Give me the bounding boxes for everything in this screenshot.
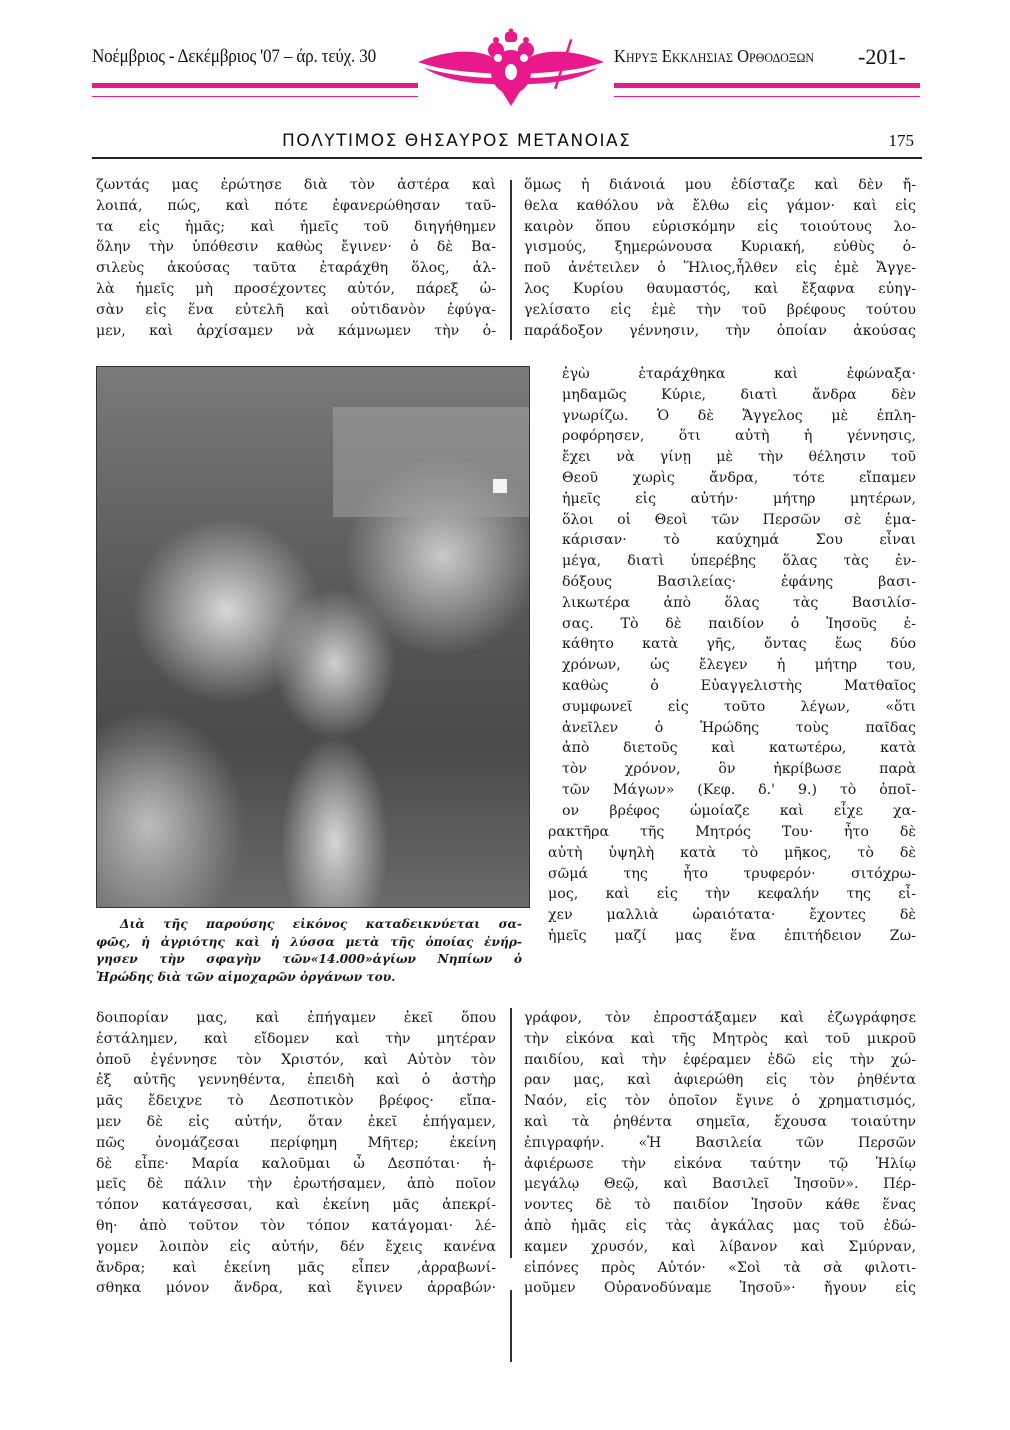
text-line: ἄνδρα; καὶ ἐκείνη μᾶς εἶπεν ,ἀρραβωνί-: [96, 1258, 496, 1279]
text-line: ἀπὸ ἡμᾶς εἰς τὰς ἀγκάλας μας τοῦ ἐδώ-: [524, 1216, 916, 1237]
text-line: μηδαμῶς Κύριε, διατὶ ἄνδρα δὲν: [562, 385, 916, 406]
text-line: θη· ἀπὸ τοῦτον τὸν τόπον κατάγομαι· λέ-: [96, 1216, 496, 1237]
caption-line: Ἡρώδης διὰ τῶν αἱμοχαρῶν ὀργάνων του.: [96, 969, 522, 987]
header-rule-left-thin: [92, 96, 418, 97]
text-line: εἰπόνες πρὸς Αὐτόν· «Σοὶ τὰ σὰ φιλοτι-: [524, 1258, 916, 1279]
caption-line: γησεν τὴν σφαγὴν τῶν«14.000»ἁγίων Νηπίων…: [96, 951, 522, 969]
double-headed-eagle-icon: [416, 28, 606, 106]
text-line: Θεοῦ χωρὶς ἄνδρα, τότε εἴπαμεν: [562, 468, 916, 489]
text-line: ροφόρησεν, ὅτι αὐτὴ ἡ γέννησις,: [562, 426, 916, 447]
left-column-bottom: δοιπορίαν μας, καὶ ἐπήγαμεν ἐκεῖ ὅπου ἐσ…: [96, 1008, 496, 1299]
header-rule-left-thick: [92, 83, 418, 88]
text-line: ἐξ αὐτῆς γεννηθέντα, ἐπειδὴ καὶ ὁ ἀστὴρ: [96, 1070, 496, 1091]
text-line: ον βρέφος ὡμοίαζε καὶ εἶχε χα-: [562, 801, 916, 822]
running-head: ΠΟΛΥΤΙΜΟΣ ΘΗΣΑΥΡΟΣ ΜΕΤΑΝΟΙΑΣ 175: [92, 127, 922, 159]
text-line: μᾶς ἔδειχνε τὸ Δεσποτικὸν βρέφος· εἴπα-: [96, 1091, 496, 1112]
text-line: λοιπά, πώς, καὶ πότε ἐφανερώθησαν ταῦ-: [96, 196, 496, 217]
text-line: σθηκα μόνον ἄνδρα, καὶ ἔγινεν ἀρραβών·: [96, 1278, 496, 1299]
running-head-title: ΠΟΛΥΤΙΜΟΣ ΘΗΣΑΥΡΟΣ ΜΕΤΑΝΟΙΑΣ: [282, 131, 631, 151]
text-line: θελα καθόλου νὰ ἔλθω εἰς γάμον· καὶ εἰς: [524, 196, 916, 217]
text-line: μεν δὲ εἰς αὐτήν, ὅταν ἐκεῖ ἐπήγαμεν,: [96, 1112, 496, 1133]
text-line: ποῦ ἀνέτειλεν ὁ Ἥλιος,ἦλθεν εἰς ἐμὲ Ἄγγε…: [524, 258, 916, 279]
text-line: δοιπορίαν μας, καὶ ἐπήγαμεν ἐκεῖ ὅπου: [96, 1008, 496, 1029]
text-line: ὁποῦ ἐγέννησε τὸν Χριστόν, καὶ Αὐτὸν τὸν: [96, 1050, 496, 1071]
text-line: ἐπιγραφήν. «Ἡ Βασιλεία τῶν Περσῶν: [524, 1133, 916, 1154]
text-line: Ναόν, εἰς τὸν ὁποῖον ἔγινε ὁ χρηματισμός…: [524, 1091, 916, 1112]
left-column-top: ζωντάς μας ἐρώτησε διὰ τὸν ἀστέρα καὶ λο…: [96, 175, 496, 341]
text-line: σῶμά της ἦτο τρυφερόν· σιτόχρω-: [548, 864, 916, 885]
header-rule-right-thick: [614, 83, 920, 88]
text-line: σὰν εἰς ἕνα εὐτελῆ καὶ οὐτιδανὸν ἐφύγα-: [96, 300, 496, 321]
text-line: τὸν χρόνον, ὃν ἠκρίβωσε παρὰ: [562, 759, 916, 780]
text-line: γομεν λοιπὸν εἰς αὐτήν, δέν ἔχεις κανένα: [96, 1237, 496, 1258]
publication-title: Κηρυξ Εκκλησιας Ορθοδοξων: [614, 46, 814, 67]
text-line: μεγάλῳ Θεῷ, καὶ Βασιλεῖ Ἰησοῦν». Πέρ-: [524, 1174, 916, 1195]
text-line: ὅμως ἡ διάνοιά μου ἐδίσταζε καὶ δὲν ἤ-: [524, 175, 916, 196]
text-line: καμεν χρυσόν, καὶ λίβανον καὶ Σμύρναν,: [524, 1237, 916, 1258]
text-line: μεν, καὶ ἀρχίσαμεν νὰ κάμνωμεν τὴν ὁ-: [96, 321, 496, 342]
text-line: τα εἰς ἡμᾶς; καὶ ἡμεῖς τοῦ διηγήθημεν: [96, 217, 496, 238]
text-line: χεν μαλλιὰ ὡραιότατα· ἔχοντες δὲ: [548, 905, 916, 926]
text-line: παιδίου, καὶ τὴν ἐφέραμεν ἐδῶ εἰς τὴν χώ…: [524, 1050, 916, 1071]
text-line: μος, καὶ εἰς τὴν κεφαλήν της εἶ-: [548, 884, 916, 905]
text-line: μέγα, διατὶ ὑπερέβης ὅλας τὰς ἐν-: [562, 551, 916, 572]
right-column-top: ὅμως ἡ διάνοιά μου ἐδίσταζε καὶ δὲν ἤ- θ…: [524, 175, 916, 341]
right-column-wrap-below-figure: ρακτῆρα τῆς Μητρός Του· ἦτο δὲ αὐτὴ ὑψηλ…: [548, 822, 916, 947]
text-line: τὴν εἰκόνα καὶ τῆς Μητρὸς καὶ τοῦ μικροῦ: [524, 1029, 916, 1050]
text-line: κάρισαν· τὸ καύχημά Σου εἶναι: [562, 530, 916, 551]
text-line: ἡμεῖς μαζί μας ἕνα ἐπιτήδειον Ζω-: [548, 926, 916, 947]
text-line: λὰ ἡμεῖς μὴ προσέχοντες αὐτόν, πάρεξ ὠ-: [96, 279, 496, 300]
column-divider-top: [510, 180, 512, 340]
text-line: χρόνων, ὡς ἔλεγεν ἡ μήτηρ του,: [562, 655, 916, 676]
page-number: -201-: [858, 44, 906, 70]
text-line: γράφον, τὸν ἐπροστάξαμεν καὶ ἐζωγράφησε: [524, 1008, 916, 1029]
text-line: ἡμεῖς εἰς αὐτήν· μήτηρ μητέρων,: [562, 489, 916, 510]
text-line: ἀνεῖλεν ὁ Ἡρώδης τοὺς παῖδας: [562, 718, 916, 739]
text-line: λος Κυρίου θαυμαστός, καὶ ἔξαφνα εὐηγ-: [524, 279, 916, 300]
text-line: μεῖς δὲ πάλιν τὴν ἐρωτήσαμεν, ἀπὸ ποῖον: [96, 1174, 496, 1195]
text-line: γισμούς, ξημερώνουσα Κυριακή, εὐθὺς ὁ-: [524, 237, 916, 258]
window-highlight: [493, 479, 507, 493]
text-line: ἔχει νὰ γίνῃ μὲ τὴν θέλησιν τοῦ: [562, 447, 916, 468]
text-line: σας. Τὸ δὲ παιδίον ὁ Ἰησοῦς ἐ-: [562, 614, 916, 635]
text-line: καιρὸν ὅπου εὑρισκόμην εἰς τοιούτους λο-: [524, 217, 916, 238]
text-line: τόπον κατάγεσσαι, καὶ ἐκείνη μᾶς ἀπεκρί-: [96, 1195, 496, 1216]
text-line: πῶς ὀνομάζεσαι περίφημη Μῆτερ; ἐκείνη: [96, 1133, 496, 1154]
text-line: παράδοξον γέννησιν, τὴν ὁποίαν ἀκούσας: [524, 321, 916, 342]
text-line: ραν μας, καὶ ἀφιερώθη εἰς τὸν ῥηθέντα: [524, 1070, 916, 1091]
caption-line: φῶς, ἡ ἀγριότης καὶ ἡ λύσσα μετὰ τῆς ὁπο…: [96, 934, 522, 952]
page-header: Νοέμβριος - Δεκέμβριος '07 – άρ. τεύχ. 3…: [0, 0, 1010, 110]
text-line: σιλεὺς ἀκούσας ταῦτα ἐταράχθη ὅλος, ἀλ-: [96, 258, 496, 279]
text-line: λικωτέρα ἀπὸ ὅλας τὰς Βασιλίσ-: [562, 593, 916, 614]
text-line: ἐστάλημεν, καὶ εἴδομεν καὶ τὴν μητέραν: [96, 1029, 496, 1050]
text-line: αὐτὴ ὑψηλὴ κατὰ τὸ μῆκος, τὸ δὲ: [548, 843, 916, 864]
text-line: ζωντάς μας ἐρώτησε διὰ τὸν ἀστέρα καὶ: [96, 175, 496, 196]
text-line: γελίσατο εἰς ἐμὲ τὴν τοῦ βρέφους τούτου: [524, 300, 916, 321]
text-line: μοῦμεν Οὐρανοδύναμε Ἰησοῦ»· ἤγουν εἰς: [524, 1278, 916, 1299]
text-line: ἀπὸ διετοῦς καὶ κατωτέρω, κατὰ: [562, 738, 916, 759]
header-rule-right-thin: [614, 96, 920, 97]
text-line: δόξους Βασιλείας· ἐφάνης βασι-: [562, 572, 916, 593]
background-wall: [333, 407, 529, 517]
text-line: ρακτῆρα τῆς Μητρός Του· ἦτο δὲ: [548, 822, 916, 843]
issue-info: Νοέμβριος - Δεκέμβριος '07 – άρ. τεύχ. 3…: [92, 46, 376, 68]
running-head-page: 175: [889, 131, 915, 151]
text-line: καὶ τὰ ῥηθέντα σημεῖα, ἔχουσα τοιαύτην: [524, 1112, 916, 1133]
column-divider-bottom-2: [510, 1290, 512, 1362]
text-line: κάθητο κατὰ γῆς, ὄντας ἕως δύο: [562, 634, 916, 655]
text-line: ἐγὼ ἐταράχθηκα καὶ ἐφώναξα·: [562, 364, 916, 385]
text-line: ὅλην τὴν ὑπόθεσιν καθὼς ἔγινεν· ὁ δὲ Βα-: [96, 237, 496, 258]
text-line: τῶν Μάγων» (Κεφ. δ.' 9.) τὸ ὁποῖ-: [562, 780, 916, 801]
text-line: νοντες δὲ τὸ παιδίον Ἰησοῦν κάθε ἕνας: [524, 1195, 916, 1216]
caption-line: Διὰ τῆς παρούσης εἰκόνος καταδεικνύεται …: [120, 916, 522, 934]
text-line: ἀφιέρωσε τὴν εἰκόνα ταύτην τῷ Ἡλίῳ: [524, 1154, 916, 1175]
text-line: δὲ εἶπε· Μαρία καλοῦμαι ὦ Δεσπόται· ἡ-: [96, 1154, 496, 1175]
right-column-wrap: ἐγὼ ἐταράχθηκα καὶ ἐφώναξα· μηδαμῶς Κύρι…: [562, 364, 916, 822]
text-line: συμφωνεῖ εἰς τοῦτο λέγων, «ὅτι: [562, 697, 916, 718]
right-column-bottom: γράφον, τὸν ἐπροστάξαμεν καὶ ἐζωγράφησε …: [524, 1008, 916, 1299]
text-line: ὅλοι οἱ Θεοὶ τῶν Περσῶν σὲ ἐμα-: [562, 510, 916, 531]
text-line: καθὼς ὁ Εὐαγγελιστὴς Ματθαῖος: [562, 676, 916, 697]
column-divider-bottom-1: [510, 1008, 512, 1258]
figure-caption: Διὰ τῆς παρούσης εἰκόνος καταδεικνύεται …: [120, 916, 522, 986]
engraving-illustration: [96, 366, 530, 908]
text-line: γνωρίζω. Ὁ δὲ Ἄγγελος μὲ ἐπλη-: [562, 406, 916, 427]
